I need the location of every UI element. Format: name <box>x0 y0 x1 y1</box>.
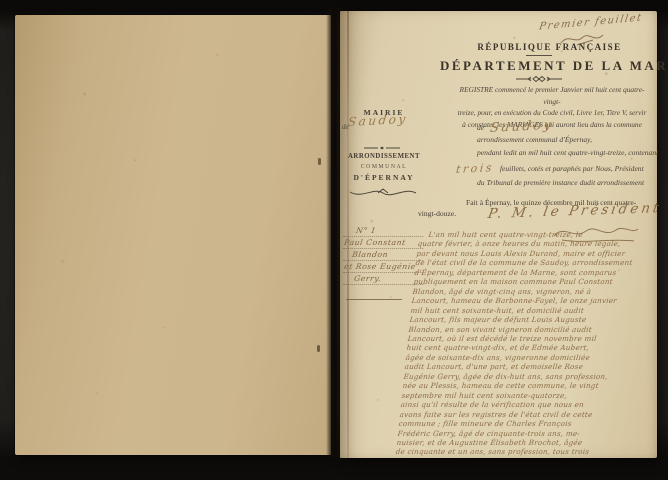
act-note-separator <box>346 299 402 300</box>
pendant-line: pendant ledit an mil huit cent quatre-vi… <box>477 148 658 157</box>
margin-flourish-icon <box>348 187 418 199</box>
binding-stitch <box>318 158 321 165</box>
act-groom-name-line1: Paul Constant <box>343 237 425 249</box>
left-blank-page <box>15 15 331 455</box>
binding-stitch <box>317 345 320 352</box>
de-label: de <box>477 123 484 132</box>
ornament-divider-icon <box>516 75 562 83</box>
arrondissement-line: arrondissement communal d'Épernay, <box>477 135 592 144</box>
commune-fill-line: de Saudoy <box>477 121 558 136</box>
register-first-page: Premier feuillet RÉPUBLIQUE FRANÇAISE DÉ… <box>340 11 657 458</box>
feuillets-count-handwriting: trois <box>455 161 495 176</box>
tribunal-line: du Tribunal de première instance dudit a… <box>477 178 644 187</box>
header-republique-francaise: RÉPUBLIQUE FRANÇAISE <box>452 42 647 52</box>
margin-commune-handwriting: Saudoy <box>347 112 408 129</box>
margin-divider-icon <box>364 145 400 151</box>
feuillets-printed-text: feuillets, cotés et paraphés par Nous, P… <box>500 164 644 173</box>
feuillets-line: trois feuillets, cotés et paraphés par N… <box>452 163 644 176</box>
header-departement-marne: DÉPARTEMENT DE LA MARNE <box>440 58 660 74</box>
margin-epernay-label: D'ÉPERNAY <box>342 173 426 182</box>
act-number: N° 1 <box>343 225 425 237</box>
marriage-act-handwriting: L'an mil huit cent quatre-vingt-treize, … <box>395 230 664 458</box>
act-groom-name-line2: Blandon <box>343 249 425 261</box>
margin-communal-label: COMMUNAL <box>342 164 426 170</box>
header-rule <box>526 55 552 56</box>
top-annotation-handwriting: Premier feuillet <box>539 12 644 32</box>
register-scan-photo: Premier feuillet RÉPUBLIQUE FRANÇAISE DÉ… <box>0 0 668 480</box>
commune-name-handwriting: Saudoy <box>489 118 554 136</box>
margin-arrondissement-label: ARRONDISSEMENT <box>342 153 426 160</box>
act-bride-name-line1: et Rose Eugénie <box>343 261 425 273</box>
